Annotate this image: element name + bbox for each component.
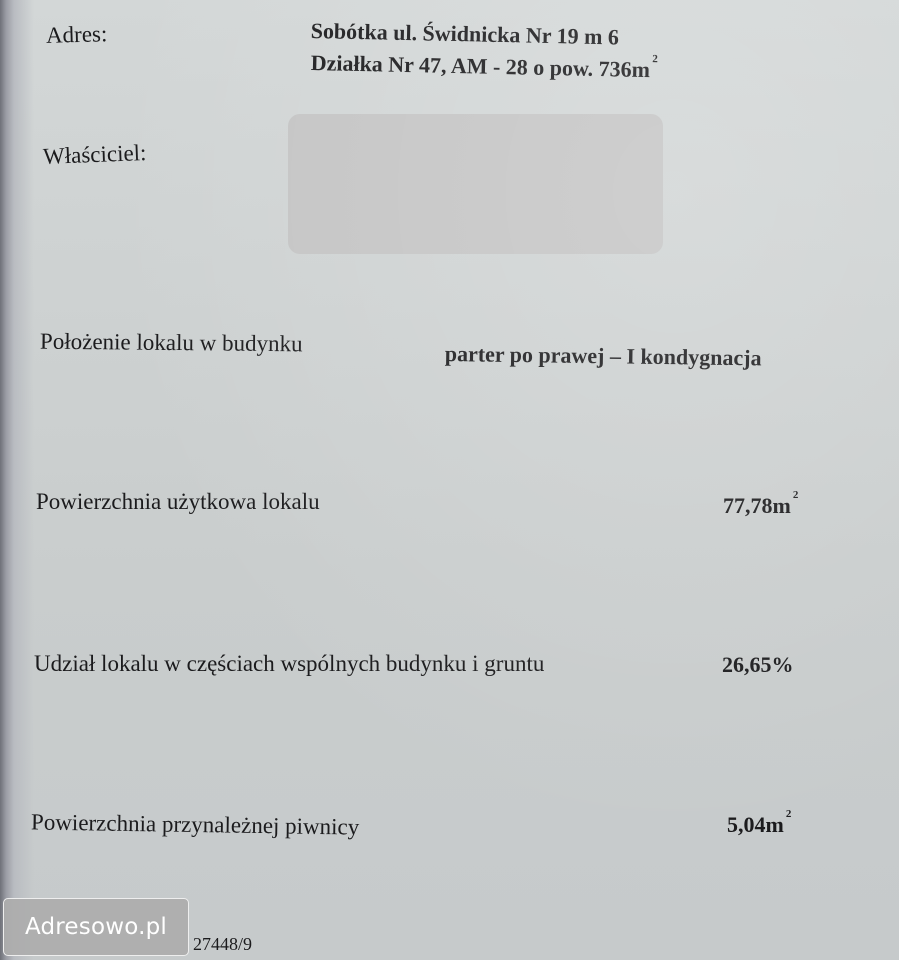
unit-location-value: parter po prawej – I kondygnacja <box>445 341 762 371</box>
document-photo: Adres: Sobótka ul. Świdnicka Nr 19 m 6 D… <box>0 0 899 960</box>
basement-area-label: Powierzchnia przynależnej piwnicy <box>31 809 360 840</box>
basement-area-number: 5,04m <box>727 812 784 837</box>
usable-area-number: 77,78m <box>723 493 791 518</box>
owner-label: Właściciel: <box>43 140 147 170</box>
squared-superscript: 2 <box>652 53 658 65</box>
basement-area-value: 5,04m2 <box>727 812 791 838</box>
usable-area-value: 77,78m2 <box>723 493 798 519</box>
address-label: Adres: <box>46 21 108 49</box>
watermark-badge: Adresowo.pl <box>3 898 189 956</box>
owner-redaction-box <box>288 114 663 254</box>
squared-superscript: 2 <box>793 489 799 501</box>
address-line-1: Sobótka ul. Świdnicka Nr 19 m 6 <box>310 18 619 50</box>
address-line-2: Działka Nr 47, AM - 28 o pow. 736m2 <box>310 50 657 83</box>
squared-superscript: 2 <box>786 808 792 820</box>
plot-description: Działka Nr 47, AM - 28 o pow. 736m <box>310 50 650 82</box>
usable-area-label: Powierzchnia użytkowa lokalu <box>36 489 320 515</box>
document-number: 27448/9 <box>193 934 252 955</box>
common-share-value: 26,65% <box>722 652 794 678</box>
common-share-label: Udział lokalu w częściach wspólnych budy… <box>34 651 544 677</box>
unit-location-label: Położenie lokalu w budynku <box>40 329 303 358</box>
watermark-text: Adresowo.pl <box>25 914 167 940</box>
